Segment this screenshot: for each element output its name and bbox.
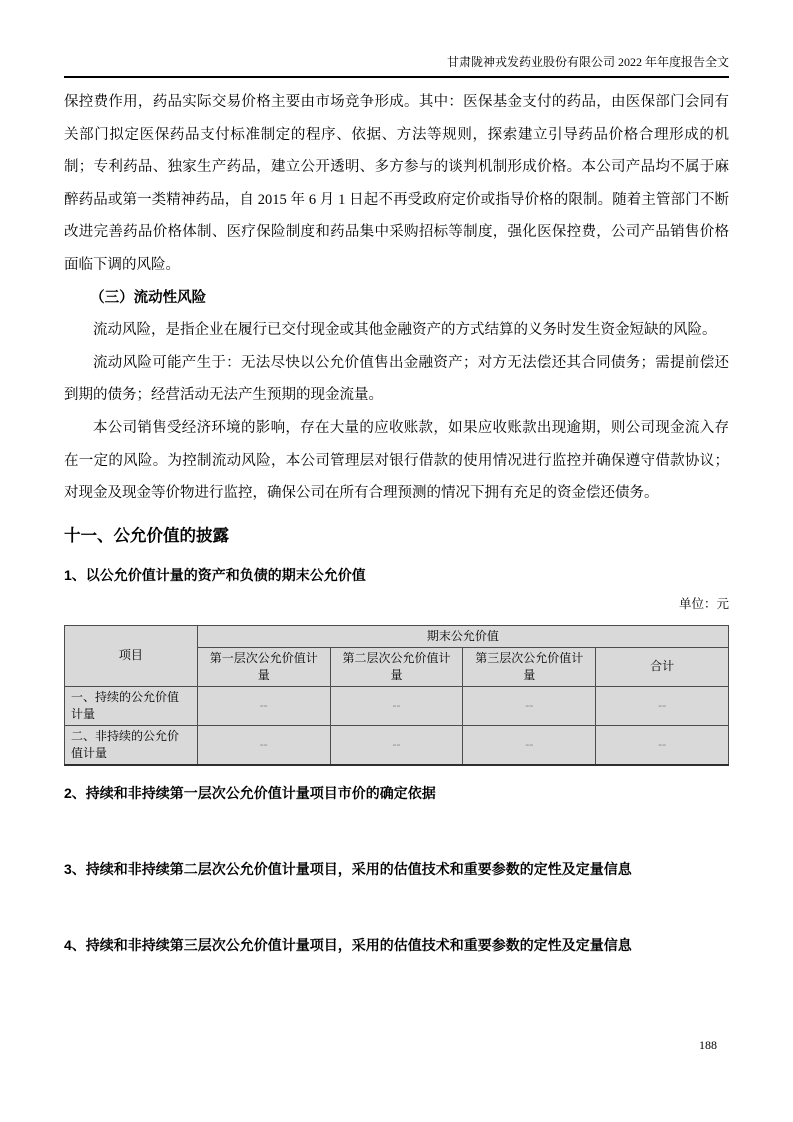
table-header-item: 项目 bbox=[65, 625, 198, 686]
report-header: 甘肃陇神戎发药业股份有限公司 2022 年年度报告全文 bbox=[64, 50, 729, 78]
cell-value: -- bbox=[463, 686, 596, 725]
heading-liquidity-risk: （三）流动性风险 bbox=[64, 282, 729, 315]
paragraph-liquidity-definition: 流动风险，是指企业在履行已交付现金或其他金融资产的方式结算的义务时发生资金短缺的… bbox=[64, 314, 729, 347]
page-number: 188 bbox=[699, 1037, 717, 1053]
cell-value: -- bbox=[463, 725, 596, 765]
table-row: 一、持续的公允价值计量 -- -- -- -- bbox=[65, 686, 729, 725]
table-header-level1: 第一层次公允价值计量 bbox=[197, 647, 330, 686]
report-page: 甘肃陇神戎发药业股份有限公司 2022 年年度报告全文 保控费作用，药品实际交易… bbox=[0, 0, 793, 1122]
cell-value: -- bbox=[197, 725, 330, 765]
paragraph-price-risk: 保控费作用，药品实际交易价格主要由市场竞争形成。其中：医保基金支付的药品，由医保… bbox=[64, 86, 729, 282]
table-header-level2: 第二层次公允价值计量 bbox=[330, 647, 463, 686]
paragraph-liquidity-control: 本公司销售受经济环境的影响，存在大量的应收账款，如果应收账款出现逾期，则公司现金… bbox=[64, 412, 729, 510]
cell-value: -- bbox=[197, 686, 330, 725]
fair-value-table: 项目 期末公允价值 第一层次公允价值计量 第二层次公允价值计量 第三层次公允价值… bbox=[64, 625, 729, 766]
heading-section-4: 4、持续和非持续第三层次公允价值计量项目，采用的估值技术和重要参数的定性及定量信… bbox=[64, 930, 729, 960]
heading-fair-value-disclosure: 十一、公允价值的披露 bbox=[64, 518, 729, 554]
row-label-non-continuous: 二、非持续的公允价值计量 bbox=[65, 725, 198, 765]
unit-label: 单位：元 bbox=[64, 594, 729, 614]
heading-section-1: 1、以公允价值计量的资产和负债的期末公允价值 bbox=[64, 560, 729, 590]
table-header-group: 期末公允价值 bbox=[197, 625, 728, 647]
table-header-total: 合计 bbox=[596, 647, 729, 686]
heading-section-2: 2、持续和非持续第一层次公允价值计量项目市价的确定依据 bbox=[64, 778, 729, 808]
cell-value: -- bbox=[596, 686, 729, 725]
table-header-level3: 第三层次公允价值计量 bbox=[463, 647, 596, 686]
cell-value: -- bbox=[330, 686, 463, 725]
cell-value: -- bbox=[596, 725, 729, 765]
cell-value: -- bbox=[330, 725, 463, 765]
paragraph-liquidity-causes: 流动风险可能产生于：无法尽快以公允价值售出金融资产；对方无法偿还其合同债务；需提… bbox=[64, 347, 729, 412]
heading-section-3: 3、持续和非持续第二层次公允价值计量项目，采用的估值技术和重要参数的定性及定量信… bbox=[64, 854, 729, 884]
table-row: 二、非持续的公允价值计量 -- -- -- -- bbox=[65, 725, 729, 765]
row-label-continuous: 一、持续的公允价值计量 bbox=[65, 686, 198, 725]
